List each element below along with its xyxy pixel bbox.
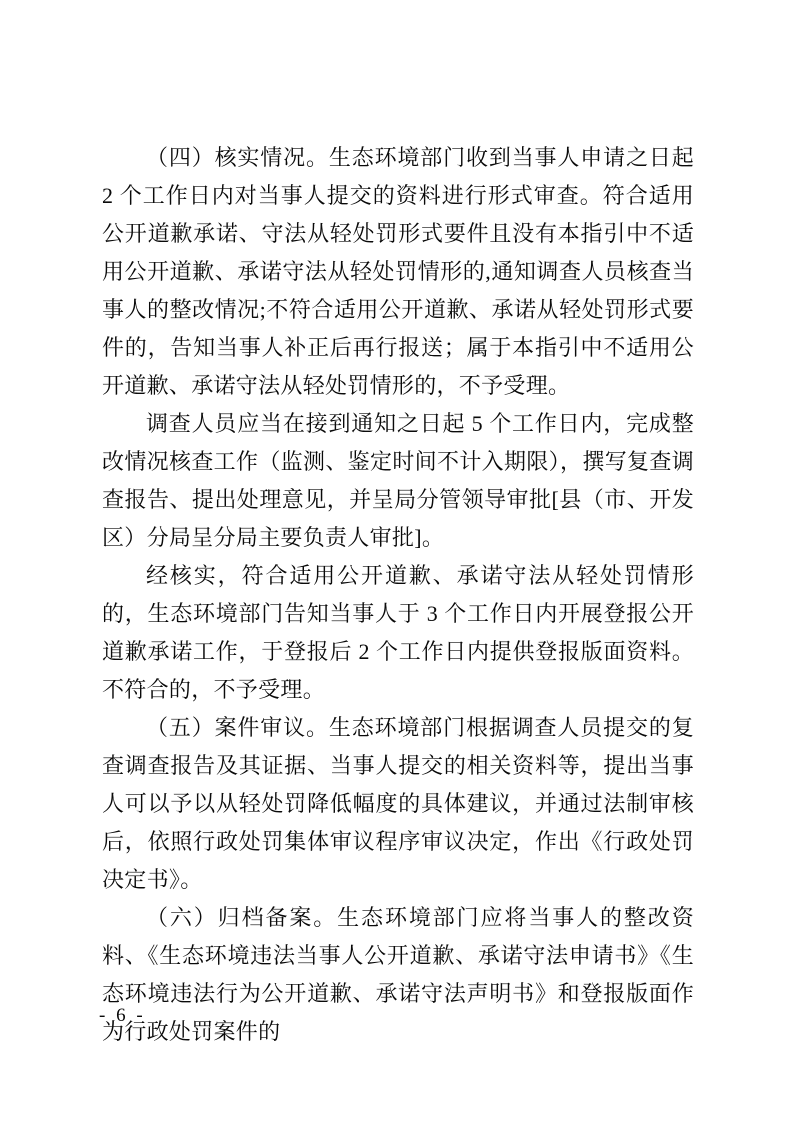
- document-body: （四）核实情况。生态环境部门收到当事人申请之日起 2 个工作日内对当事人提交的资…: [102, 139, 694, 1051]
- document-page: （四）核实情况。生态环境部门收到当事人申请之日起 2 个工作日内对当事人提交的资…: [0, 0, 794, 1123]
- paragraph-investigator-duties: 调查人员应当在接到通知之日起 5 个工作日内，完成整改情况核查工作（监测、鉴定时…: [102, 405, 694, 557]
- paragraph-case-review: （五）案件审议。生态环境部门根据调查人员提交的复查调查报告及其证据、当事人提交的…: [102, 709, 694, 899]
- paragraph-after-verification: 经核实，符合适用公开道歉、承诺守法从轻处罚情形的，生态环境部门告知当事人于 3 …: [102, 557, 694, 709]
- paragraph-archiving: （六）归档备案。生态环境部门应将当事人的整改资料、《生态环境违法当事人公开道歉、…: [102, 899, 694, 1051]
- paragraph-verification-of-situation: （四）核实情况。生态环境部门收到当事人申请之日起 2 个工作日内对当事人提交的资…: [102, 139, 694, 405]
- page-number: - 6 -: [99, 1002, 146, 1030]
